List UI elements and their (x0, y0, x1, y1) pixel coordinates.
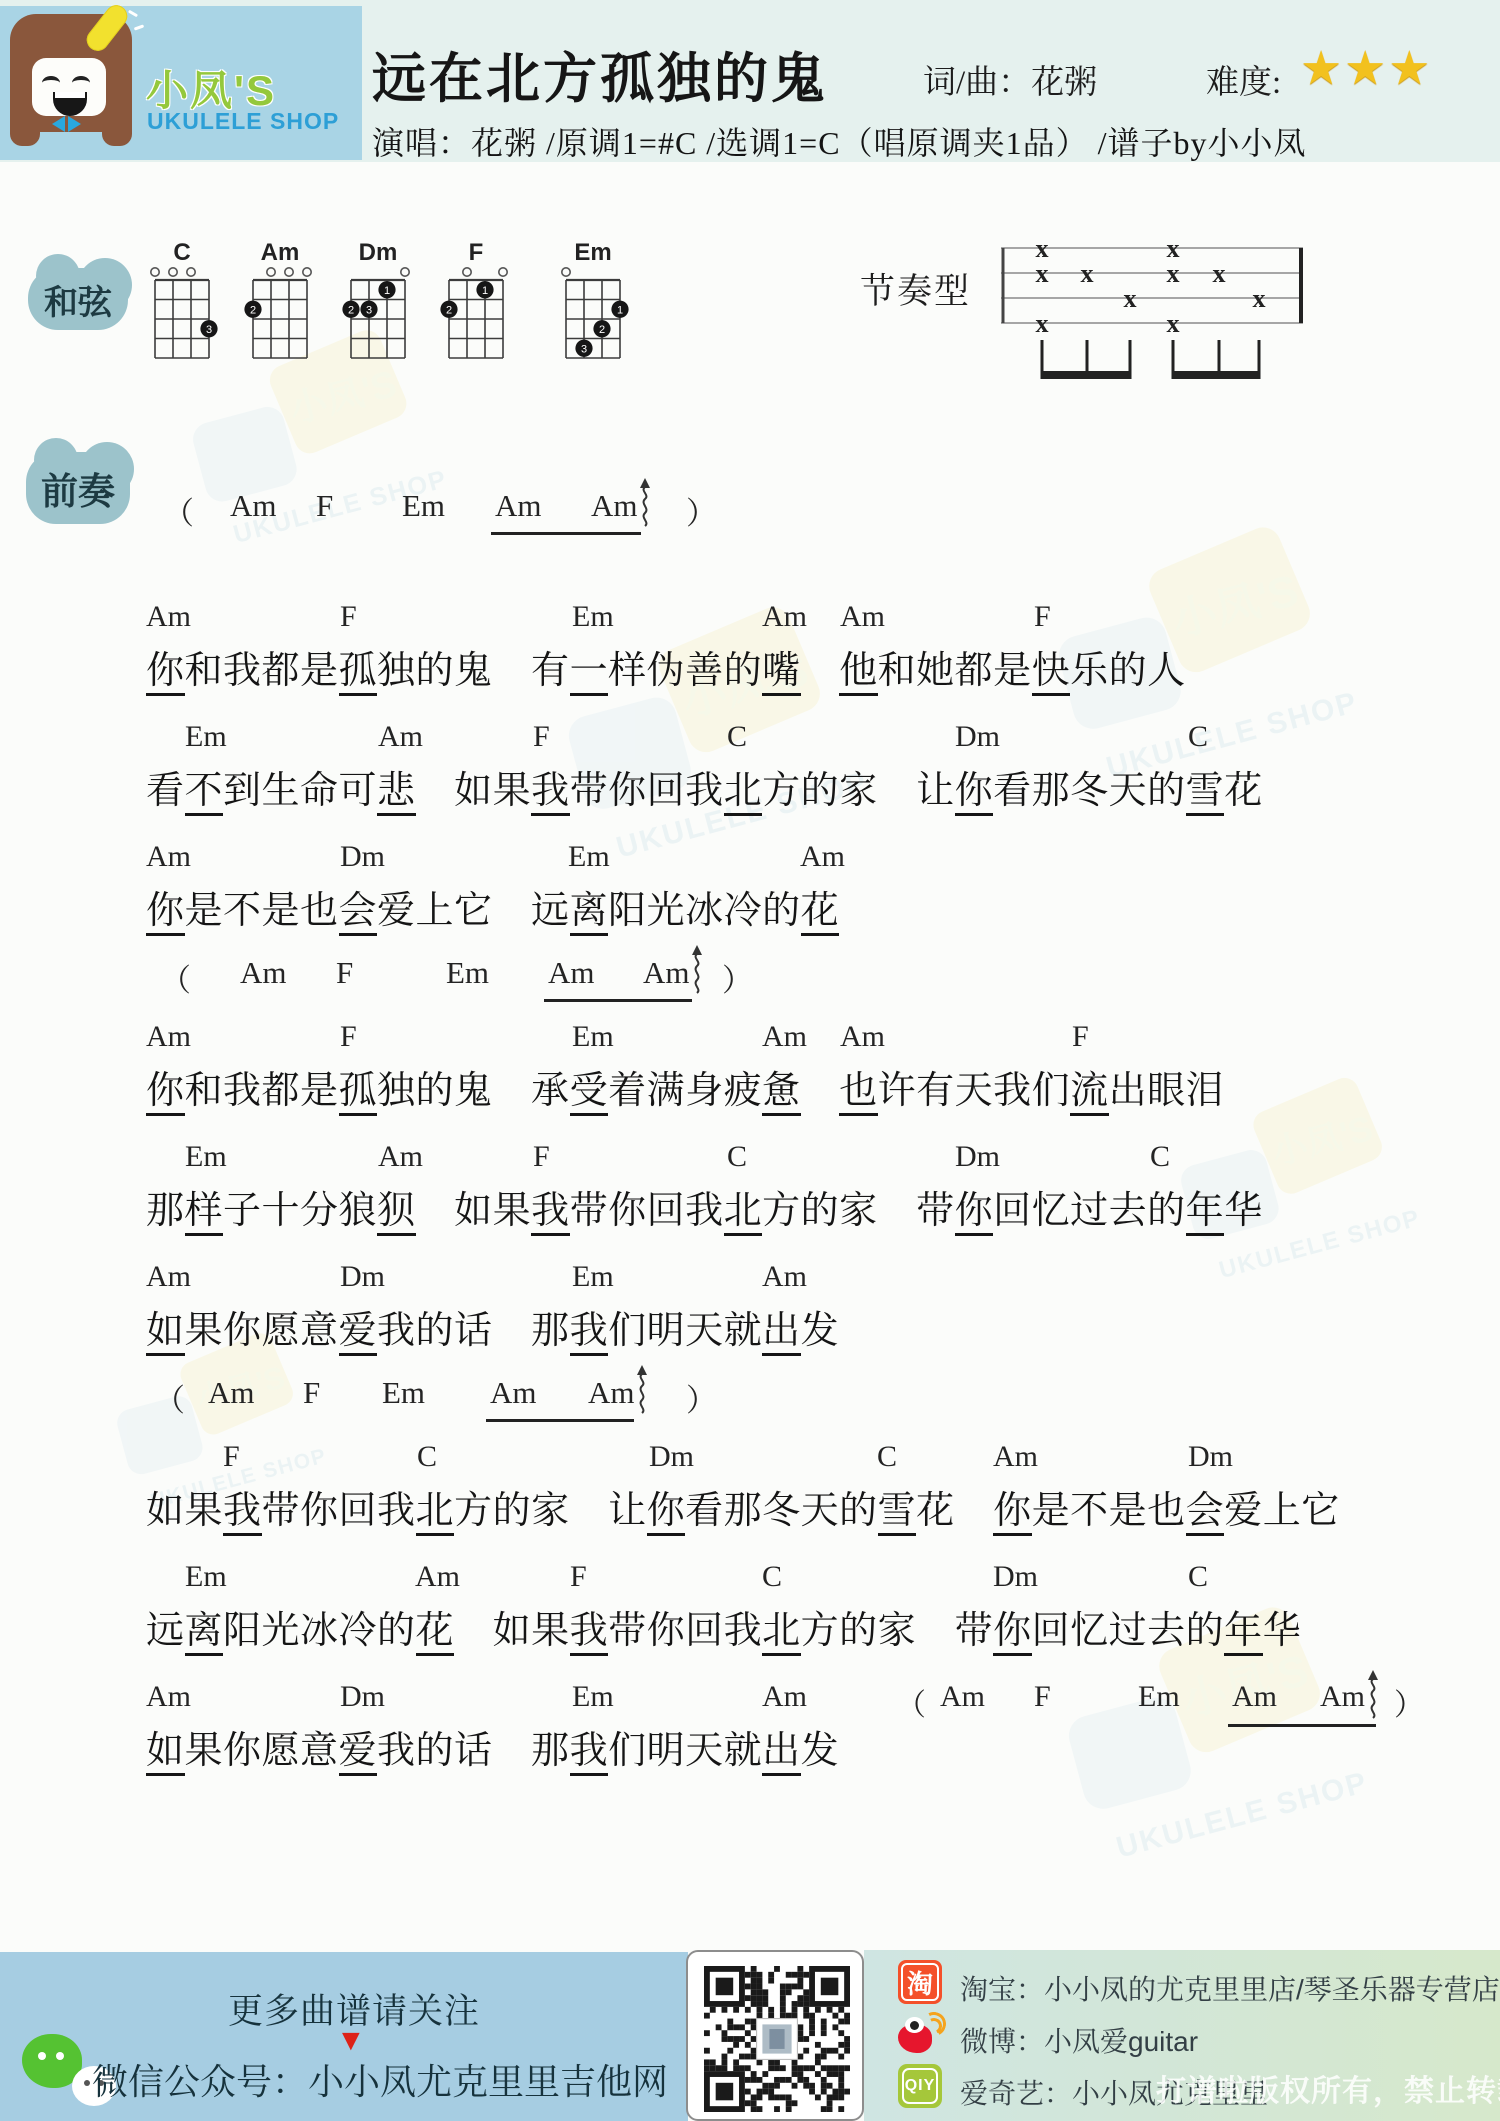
chord-symbol: Em (185, 720, 227, 754)
lyric-chord-change: 北 (416, 1490, 455, 1536)
chord-symbol: （ (154, 1375, 185, 1420)
lyric-text: 看那冬天的 (993, 770, 1186, 812)
lyric-chord-change: 我 (223, 1490, 262, 1536)
lyric-chord-change: 如 (146, 1310, 185, 1356)
arpeggio-arrow-icon (638, 478, 652, 528)
weibo-icon (898, 2012, 944, 2056)
lyric-text: 阳光冰冷的 (223, 1610, 416, 1652)
lyric-text: 阳光冰冷的 (608, 890, 801, 932)
chord-sheet-page: 小凤'S UKULELE SHOP 远在北方孤独的鬼 词/曲：花粥 难度: ★★… (0, 0, 1500, 2121)
lyric-text: 回忆过去的 (1032, 1610, 1225, 1652)
chord-symbol: Dm (993, 1560, 1038, 1594)
lyric-line: 你是不是也会爱上它 远离阳光冰冷的花 (146, 888, 839, 936)
lyric-text: 和她都是 (878, 650, 1032, 692)
lyric-text: 带你回我 (570, 770, 724, 812)
lyric-text: 看 (146, 770, 185, 812)
chord-symbol: F (533, 1140, 550, 1174)
chord-symbol: F (1034, 600, 1051, 634)
chord-symbol: Am (591, 488, 638, 524)
chord-symbol: Dm (955, 1140, 1000, 1174)
lyric-text (801, 1070, 840, 1112)
chord-symbol: F (1034, 1680, 1051, 1714)
chord-symbol: Dm (340, 840, 385, 874)
lyric-text: 看那冬天的 (685, 1490, 878, 1532)
lyric-chord-change: 孤 (339, 1070, 378, 1116)
lyric-line: 远离阳光冰冷的花 如果我带你回我北方的家 带你回忆过去的年华 (146, 1608, 1301, 1656)
qr-code (704, 1966, 850, 2112)
lyric-text: 远 (146, 1610, 185, 1652)
chord-symbol: Am (762, 600, 807, 634)
lyric-chord-change: 我 (570, 1730, 609, 1776)
chord-symbol: Am (643, 955, 690, 991)
lyric-chord-change: 你 (146, 1070, 185, 1116)
lyric-text: 和我都是 (185, 1070, 339, 1112)
hold-underline (491, 532, 641, 535)
chord-symbol: Am (588, 1375, 635, 1411)
chord-symbol: （ (896, 1680, 926, 1724)
lyric-text: 样伪善的 (608, 650, 762, 692)
arpeggio-arrow-icon (1366, 1670, 1380, 1720)
chord-symbol: Am (378, 1140, 423, 1174)
chord-symbol: F (1072, 1020, 1089, 1054)
chord-symbol: Em (572, 600, 614, 634)
chord-symbol: C (417, 1440, 437, 1474)
lyric-text: 子十分狼 (223, 1190, 377, 1232)
lyric-chord-change: 离 (570, 890, 609, 936)
lyric-chord-change: 快 (1032, 650, 1071, 696)
lyric-text: 爱上它 (1224, 1490, 1340, 1532)
chord-symbol: Am (208, 1375, 255, 1411)
chord-symbol: C (877, 1440, 897, 1474)
lyric-chord-change: 出 (762, 1310, 801, 1356)
lyric-chord-change: 离 (185, 1610, 224, 1656)
chord-symbol: Dm (340, 1260, 385, 1294)
lyric-line: 如果你愿意爱我的话 那我们明天就出发 (146, 1308, 839, 1356)
chord-symbol: F (316, 488, 333, 524)
chord-symbol: Am (762, 1680, 807, 1714)
chord-symbol: Am (940, 1680, 985, 1714)
lyric-text: 独的鬼 有 (377, 650, 570, 692)
lyric-text: 方的家 带 (801, 1610, 994, 1652)
lyric-text: 带你回我 (608, 1610, 762, 1652)
lyric-text: 如果 (454, 1610, 570, 1652)
chord-symbol: Am (1320, 1680, 1365, 1714)
chord-symbol: Am (146, 1020, 191, 1054)
hold-underline (1228, 1724, 1376, 1727)
chord-symbol: Am (762, 1260, 807, 1294)
lyric-chord-change: 会 (339, 890, 378, 936)
chord-symbol: Am (800, 840, 845, 874)
lyric-text: 带你回我 (570, 1190, 724, 1232)
chord-symbol: Em (446, 955, 489, 991)
chord-symbol: C (1150, 1140, 1170, 1174)
intro-section-label: 前奏 (26, 452, 130, 524)
chord-symbol: Am (415, 1560, 460, 1594)
lyric-line: 你和我都是孤独的鬼 承受着满身疲惫 也许有天我们流出眼泪 (146, 1068, 1224, 1116)
chord-symbol: Dm (1188, 1440, 1233, 1474)
chord-symbol: F (336, 955, 353, 991)
copyright-watermark: 打谱啦版权所有，禁止转载 (1156, 2066, 1500, 2110)
chord-symbol: Am (146, 1680, 191, 1714)
lyric-chord-change: 花 (416, 1610, 455, 1656)
chord-symbol: Dm (649, 1440, 694, 1474)
chord-symbol: ） (1394, 1680, 1424, 1724)
chord-symbol: F (340, 600, 357, 634)
chord-symbol: F (223, 1440, 240, 1474)
lyric-text: 果你愿意 (185, 1310, 339, 1352)
chord-symbol: Am (230, 488, 277, 524)
lyric-chord-change: 你 (146, 890, 185, 936)
lyric-chord-change: 你 (993, 1490, 1032, 1536)
lyric-text: 花 (916, 1490, 993, 1532)
lyric-chord-change: 你 (993, 1610, 1032, 1656)
chord-symbol: Am (146, 840, 191, 874)
chord-symbol: Am (146, 600, 191, 634)
chord-symbol: ） (722, 955, 753, 1000)
lyric-text: 方的家 让 (762, 770, 955, 812)
lyric-chord-change: 北 (724, 1190, 763, 1236)
footer-link-taobao: 淘 淘宝：小小凤的尤克里里店/琴圣乐器专营店 (864, 1960, 1500, 2008)
lyric-text: 是不是也 (1032, 1490, 1186, 1532)
lyric-chord-change: 孤 (339, 650, 378, 696)
lyric-text: 如果 (146, 1490, 223, 1532)
lyric-chord-change: 出 (762, 1730, 801, 1776)
lyric-chord-change: 不 (185, 770, 224, 816)
chord-symbol: Em (568, 840, 610, 874)
chord-symbol: F (303, 1375, 320, 1411)
lyric-chord-change: 北 (762, 1610, 801, 1656)
lyric-chord-change: 我 (531, 1190, 570, 1236)
chord-symbol: Em (185, 1560, 227, 1594)
iqiyi-icon: QIY (898, 2064, 942, 2108)
chord-symbol: Em (1138, 1680, 1180, 1714)
chord-symbol: Em (402, 488, 445, 524)
chord-symbol: Am (1232, 1680, 1277, 1714)
lyric-chord-change: 你 (647, 1490, 686, 1536)
chord-symbol: （ (160, 955, 191, 1000)
score-layer: （AmFEmAmAm）AmFEmAmAmF你和我都是孤独的鬼 有一样伪善的嘴 他… (0, 0, 1500, 2121)
qr-box (686, 1950, 864, 2121)
chord-symbol: C (727, 1140, 747, 1174)
lyric-chord-change: 样 (185, 1190, 224, 1236)
lyric-text: 爱上它 远 (377, 890, 570, 932)
chord-symbol: Dm (340, 1680, 385, 1714)
chord-symbol: ） (686, 488, 717, 533)
lyric-line: 如果我带你回我北方的家 让你看那冬天的雪花 你是不是也会爱上它 (146, 1488, 1340, 1536)
taobao-icon: 淘 (898, 1960, 942, 2004)
chord-symbol: C (762, 1560, 782, 1594)
lyric-text: 如果 (416, 1190, 532, 1232)
lyric-text: 许有天我们 (878, 1070, 1071, 1112)
lyric-text: 发 (801, 1730, 840, 1772)
lyric-chord-change: 受 (570, 1070, 609, 1116)
lyric-chord-change: 悲 (377, 770, 416, 816)
lyric-text: 花 (1224, 770, 1263, 812)
lyric-chord-change: 我 (570, 1310, 609, 1356)
chord-symbol: Am (378, 720, 423, 754)
lyric-line: 看不到生命可悲 如果我带你回我北方的家 让你看那冬天的雪花 (146, 768, 1263, 816)
chord-symbol: Am (840, 1020, 885, 1054)
lyric-line: 如果你愿意爱我的话 那我们明天就出发 (146, 1728, 839, 1776)
lyric-text: 们明天就 (608, 1730, 762, 1772)
lyric-chord-change: 花 (801, 890, 840, 936)
lyric-text: 华 (1224, 1190, 1263, 1232)
lyric-text: 和我都是 (185, 650, 339, 692)
lyric-chord-change: 你 (955, 770, 994, 816)
lyric-chord-change: 北 (724, 770, 763, 816)
chord-symbol: F (533, 720, 550, 754)
chord-symbol: Em (572, 1020, 614, 1054)
lyric-text: 出眼泪 (1109, 1070, 1225, 1112)
footer-left-panel: 更多曲谱请关注 ▼ 微信公众号：小小凤尤克里里吉他网 (0, 1952, 688, 2121)
lyric-chord-change: 爱 (339, 1310, 378, 1356)
lyric-text: 们明天就 (608, 1310, 762, 1352)
lyric-chord-change: 你 (146, 650, 185, 696)
lyric-text: 方的家 让 (454, 1490, 647, 1532)
lyric-chord-change: 一 (570, 650, 609, 696)
chord-symbol: Em (572, 1260, 614, 1294)
lyric-text: 独的鬼 承 (377, 1070, 570, 1112)
chord-symbol: C (727, 720, 747, 754)
lyric-chord-change: 如 (146, 1730, 185, 1776)
hold-underline (486, 1419, 634, 1422)
lyric-chord-change: 惫 (762, 1070, 801, 1116)
arpeggio-arrow-icon (635, 1365, 649, 1415)
chord-symbol: Am (240, 955, 287, 991)
lyric-chord-change: 嘴 (762, 650, 801, 696)
lyric-line: 那样子十分狼狈 如果我带你回我北方的家 带你回忆过去的年华 (146, 1188, 1263, 1236)
lyric-text: 回忆过去的 (993, 1190, 1186, 1232)
lyric-text: 是不是也 (185, 890, 339, 932)
lyric-chord-change: 雪 (1186, 770, 1225, 816)
lyric-chord-change: 爱 (339, 1730, 378, 1776)
chord-symbol: Em (185, 1140, 227, 1174)
lyric-chord-change: 流 (1070, 1070, 1109, 1116)
lyric-chord-change: 年 (1224, 1610, 1263, 1656)
taobao-text: 淘宝：小小凤的尤克里里店/琴圣乐器专营店 (960, 1968, 1500, 2008)
lyric-chord-change: 他 (839, 650, 878, 696)
chord-symbol: Am (495, 488, 542, 524)
lyric-text: 发 (801, 1310, 840, 1352)
lyric-chord-change: 我 (570, 1610, 609, 1656)
footer-link-weibo: 微博：小凤爱guitar (864, 2012, 1500, 2060)
chord-symbol: Am (840, 600, 885, 634)
chord-symbol: Am (548, 955, 595, 991)
lyric-text: 着满身疲 (608, 1070, 762, 1112)
lyric-text: 华 (1263, 1610, 1302, 1652)
lyric-text: 我的话 那 (377, 1730, 570, 1772)
lyric-line: 你和我都是孤独的鬼 有一样伪善的嘴 他和她都是快乐的人 (146, 648, 1186, 696)
down-arrow-icon: ▼ (336, 2024, 366, 2058)
lyric-chord-change: 也 (839, 1070, 878, 1116)
lyric-text: 带你回我 (262, 1490, 416, 1532)
weibo-text: 微博：小凤爱guitar (960, 2020, 1198, 2060)
lyric-chord-change: 会 (1186, 1490, 1225, 1536)
lyric-text: 乐的人 (1070, 650, 1186, 692)
lyric-chord-change: 年 (1186, 1190, 1225, 1236)
arpeggio-arrow-icon (690, 945, 704, 995)
chord-symbol: Am (490, 1375, 537, 1411)
lyric-text: 如果 (416, 770, 532, 812)
chord-symbol: Am (146, 1260, 191, 1294)
chord-symbol: ） (686, 1375, 717, 1420)
chord-symbol: Dm (955, 720, 1000, 754)
chord-symbol: （ (163, 488, 194, 533)
lyric-text: 那 (146, 1190, 185, 1232)
chord-symbol: Em (382, 1375, 425, 1411)
lyric-chord-change: 我 (531, 770, 570, 816)
footer-wechat-account: 微信公众号：小小凤尤克里里吉他网 (92, 2054, 668, 2105)
hold-underline (544, 999, 692, 1002)
chord-symbol: Am (993, 1440, 1038, 1474)
chord-symbol: Em (572, 1680, 614, 1714)
lyric-text: 我的话 那 (377, 1310, 570, 1352)
lyric-text: 方的家 带 (762, 1190, 955, 1232)
chord-symbol: Am (762, 1020, 807, 1054)
chord-symbol: F (340, 1020, 357, 1054)
chord-symbol: F (570, 1560, 587, 1594)
lyric-chord-change: 雪 (878, 1490, 917, 1536)
lyric-text: 果你愿意 (185, 1730, 339, 1772)
chord-symbol: C (1188, 1560, 1208, 1594)
chord-symbol: C (1188, 720, 1208, 754)
lyric-text (801, 650, 840, 692)
lyric-chord-change: 狈 (377, 1190, 416, 1236)
lyric-chord-change: 你 (955, 1190, 994, 1236)
lyric-text: 到生命可 (223, 770, 377, 812)
